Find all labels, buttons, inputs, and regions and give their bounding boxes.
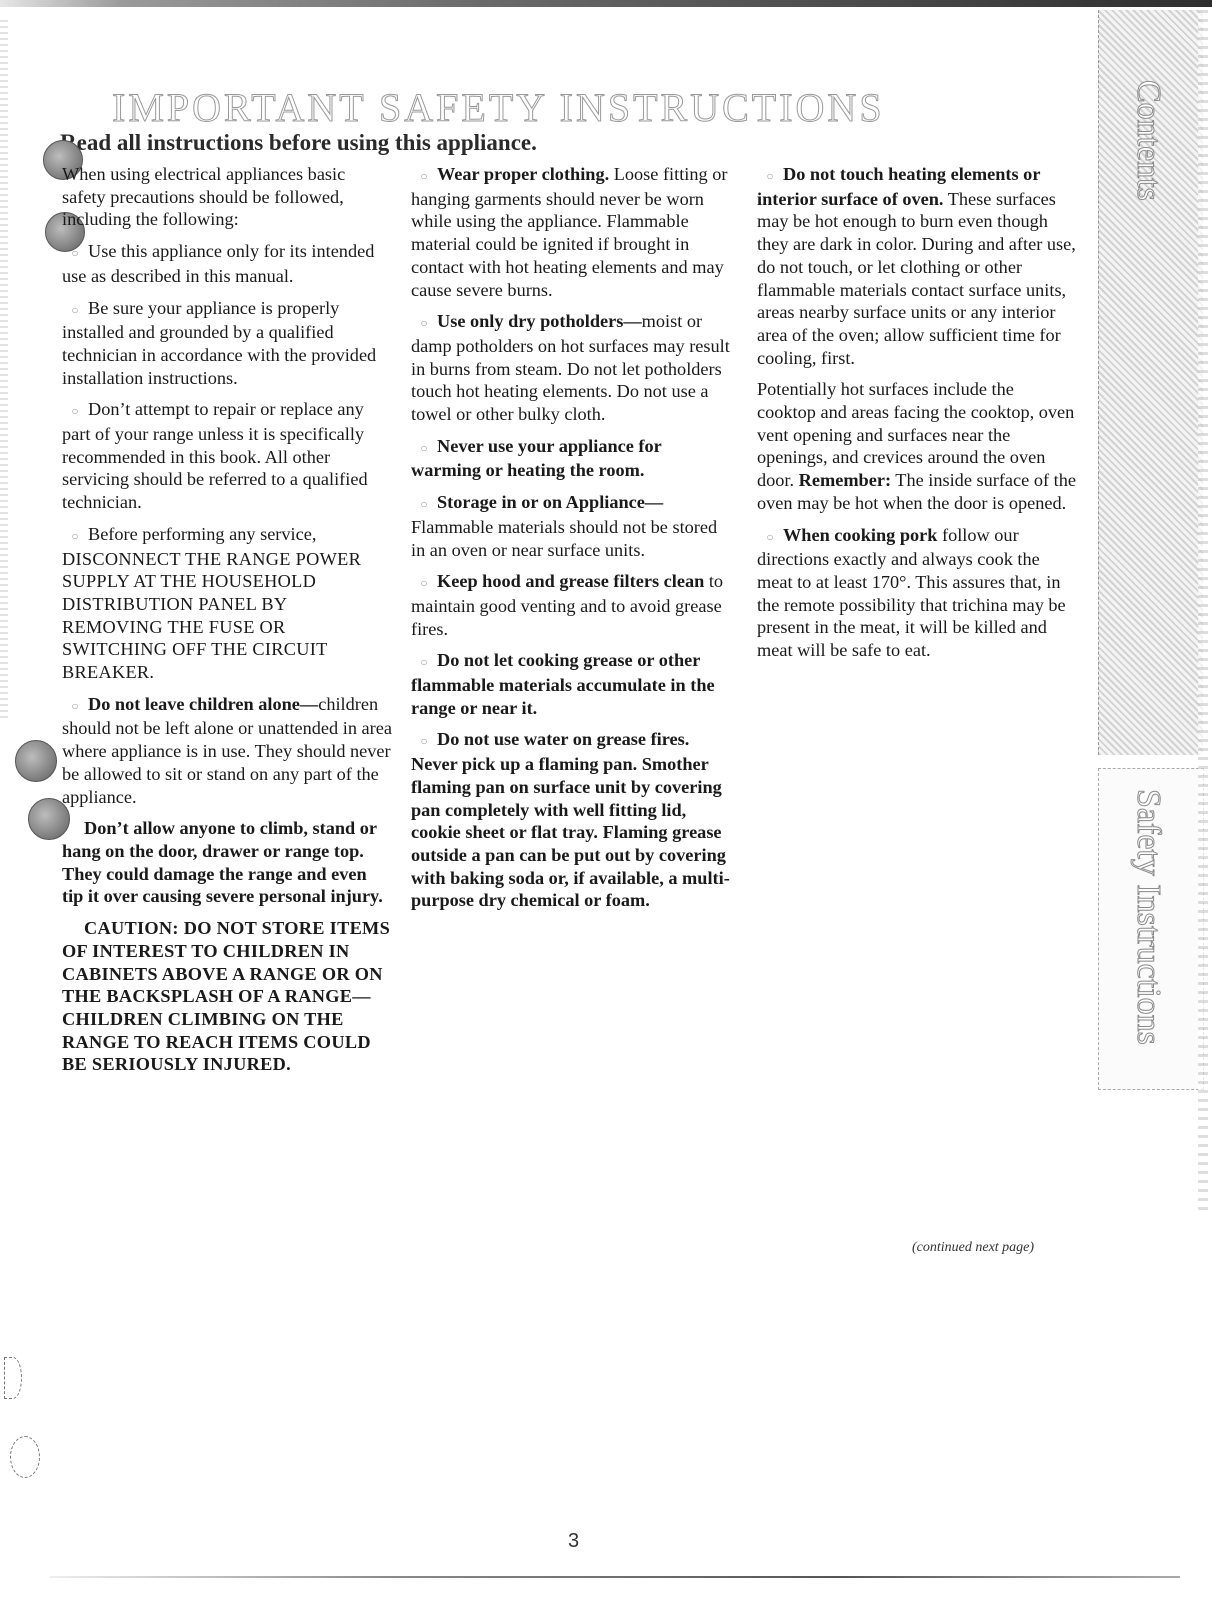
side-tab-label: Contents — [1129, 80, 1167, 201]
binder-hole-outline-icon — [10, 1436, 40, 1478]
bullet-icon: ○ — [757, 165, 783, 188]
bullet-icon: ○ — [411, 572, 437, 595]
disconnect-warning: DISCONNECT THE RANGE POWER SUPPLY AT THE… — [62, 549, 361, 683]
scan-bottom-edge — [50, 1576, 1180, 1578]
remember-label: Remember: — [799, 470, 891, 490]
intro-paragraph: When using electrical appliances basic s… — [62, 163, 392, 231]
instruction-item: ○Never use your appliance for warming or… — [411, 435, 731, 482]
column-3: ○Do not touch heating elements or interi… — [757, 163, 1077, 671]
caution-warning: CAUTION: DO NOT STORE ITEMS OF INTEREST … — [62, 917, 392, 1076]
bullet-icon: ○ — [411, 437, 437, 460]
instruction-item-disconnect: ○Before performing any service, DISCONNE… — [62, 523, 392, 684]
page-number: 3 — [568, 1530, 579, 1553]
instruction-item: ○Keep hood and grease filters clean to m… — [411, 570, 731, 640]
page-title: IMPORTANT SAFETY INSTRUCTIONS — [112, 84, 852, 131]
scan-left-edge — [0, 20, 8, 720]
instruction-item-pork: ○When cooking pork follow our directions… — [757, 524, 1077, 662]
instruction-item: ○Do not touch heating elements or interi… — [757, 163, 1077, 369]
instruction-item: ○Use only dry potholders—moist or damp p… — [411, 310, 731, 426]
instruction-item: ○Wear proper clothing. Loose fitting or … — [411, 163, 731, 301]
bullet-icon: ○ — [62, 695, 88, 718]
instruction-item: ○Don’t attempt to repair or replace any … — [62, 398, 392, 514]
bullet-icon: ○ — [411, 493, 437, 516]
side-tab-label: Safety Instructions — [1129, 789, 1167, 1045]
bullet-icon: ○ — [62, 525, 88, 548]
scan-right-edge — [1198, 10, 1208, 1210]
instruction-item: ○Do not use water on grease fires. Never… — [411, 728, 731, 912]
continued-note: (continued next page) — [912, 1240, 1034, 1256]
binder-hole-outline-icon — [4, 1357, 22, 1399]
bullet-icon: ○ — [411, 730, 437, 753]
instruction-item: ○Storage in or on Appliance—Flammable ma… — [411, 491, 731, 561]
binder-hole-icon — [15, 740, 57, 782]
bullet-icon: ○ — [411, 651, 437, 674]
bullet-icon: ○ — [62, 400, 88, 423]
bullet-icon: ○ — [62, 242, 88, 265]
side-tab-contents: Contents — [1098, 10, 1203, 755]
page-subtitle: Read all instructions before using this … — [60, 130, 537, 156]
hot-surfaces-paragraph: Potentially hot surfaces include the coo… — [757, 378, 1077, 514]
instruction-item: ○Do not let cooking grease or other flam… — [411, 649, 731, 719]
instruction-item: ○Be sure your appliance is properly inst… — [62, 297, 392, 390]
column-1: When using electrical appliances basic s… — [62, 163, 392, 1085]
instruction-item-children: ○Do not leave children alone—children sh… — [62, 693, 392, 809]
scan-top-edge — [0, 0, 1212, 7]
column-2: ○Wear proper clothing. Loose fitting or … — [411, 163, 731, 921]
climb-warning: Don’t allow anyone to climb, stand or ha… — [62, 817, 392, 908]
bullet-icon: ○ — [411, 312, 437, 335]
side-tab-safety: Safety Instructions — [1098, 768, 1204, 1090]
bullet-icon: ○ — [757, 526, 783, 549]
bullet-icon: ○ — [411, 165, 437, 188]
bullet-icon: ○ — [62, 299, 88, 322]
instruction-item: ○Use this appliance only for its intende… — [62, 240, 392, 287]
